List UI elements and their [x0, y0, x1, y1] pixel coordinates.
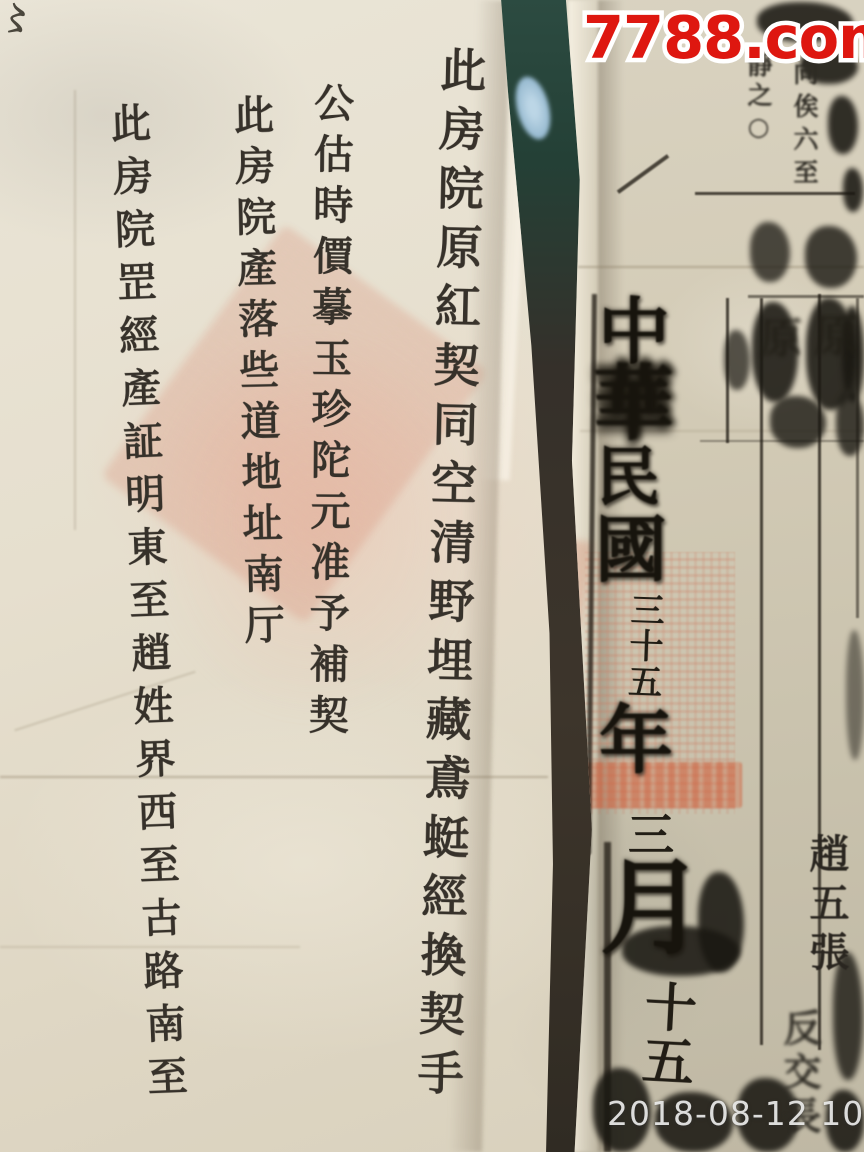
- form-grid-line: [695, 192, 855, 195]
- date-char-hua: 華: [592, 364, 674, 446]
- print-fragment: 向俟六至: [786, 60, 822, 192]
- torn-character-fragment: 〻: [0, 0, 39, 44]
- ink-smudge: [805, 226, 857, 288]
- date-day-value: 十五: [635, 979, 693, 1090]
- camera-timestamp: 2018-08-12 10:58: [607, 1094, 864, 1133]
- date-char-min: 民: [596, 446, 660, 510]
- background-object: [510, 73, 557, 143]
- ink-smudge: [843, 168, 863, 212]
- date-char-nian: 年: [599, 704, 673, 778]
- ink-smudge: [836, 392, 864, 456]
- ink-smudge: [770, 396, 826, 448]
- ink-smudge: [724, 330, 750, 390]
- handwriting-column-1: 此房院原紅契同空清野埋藏鳶蜓經換契手: [404, 45, 494, 1108]
- handwriting-column-2: 公估時價摹玉珍陀元准予補契: [297, 82, 360, 745]
- table-header-character: 原: [814, 300, 858, 364]
- ink-mark: [617, 154, 670, 194]
- handwriting-column-3: 此房院產落些道地址南厅: [222, 93, 291, 655]
- table-header-character: 原: [760, 306, 802, 366]
- ink-smudge: [828, 96, 858, 154]
- handwritten-name: 趙五張: [798, 833, 855, 980]
- date-year-value: 三十五: [624, 591, 662, 700]
- ink-smudge: [750, 222, 790, 282]
- watermark-text: 7788.com: [583, 2, 864, 74]
- form-grid-line: [760, 298, 763, 1045]
- ink-smudge: [846, 630, 864, 760]
- watermark: 7788.com 7788.com: [583, 2, 863, 78]
- date-char-guo: 國: [595, 514, 667, 586]
- date-char-yue: 月: [600, 856, 704, 960]
- form-grid-line: [748, 295, 864, 298]
- paper-crease: [74, 90, 76, 530]
- ink-smudge: [698, 872, 744, 972]
- photo-of-old-deed: 〻 此房院原紅契同空清野埋藏鳶蜓經換契手 公估時價摹玉珍陀元准予補契 此房院產落…: [0, 0, 864, 1152]
